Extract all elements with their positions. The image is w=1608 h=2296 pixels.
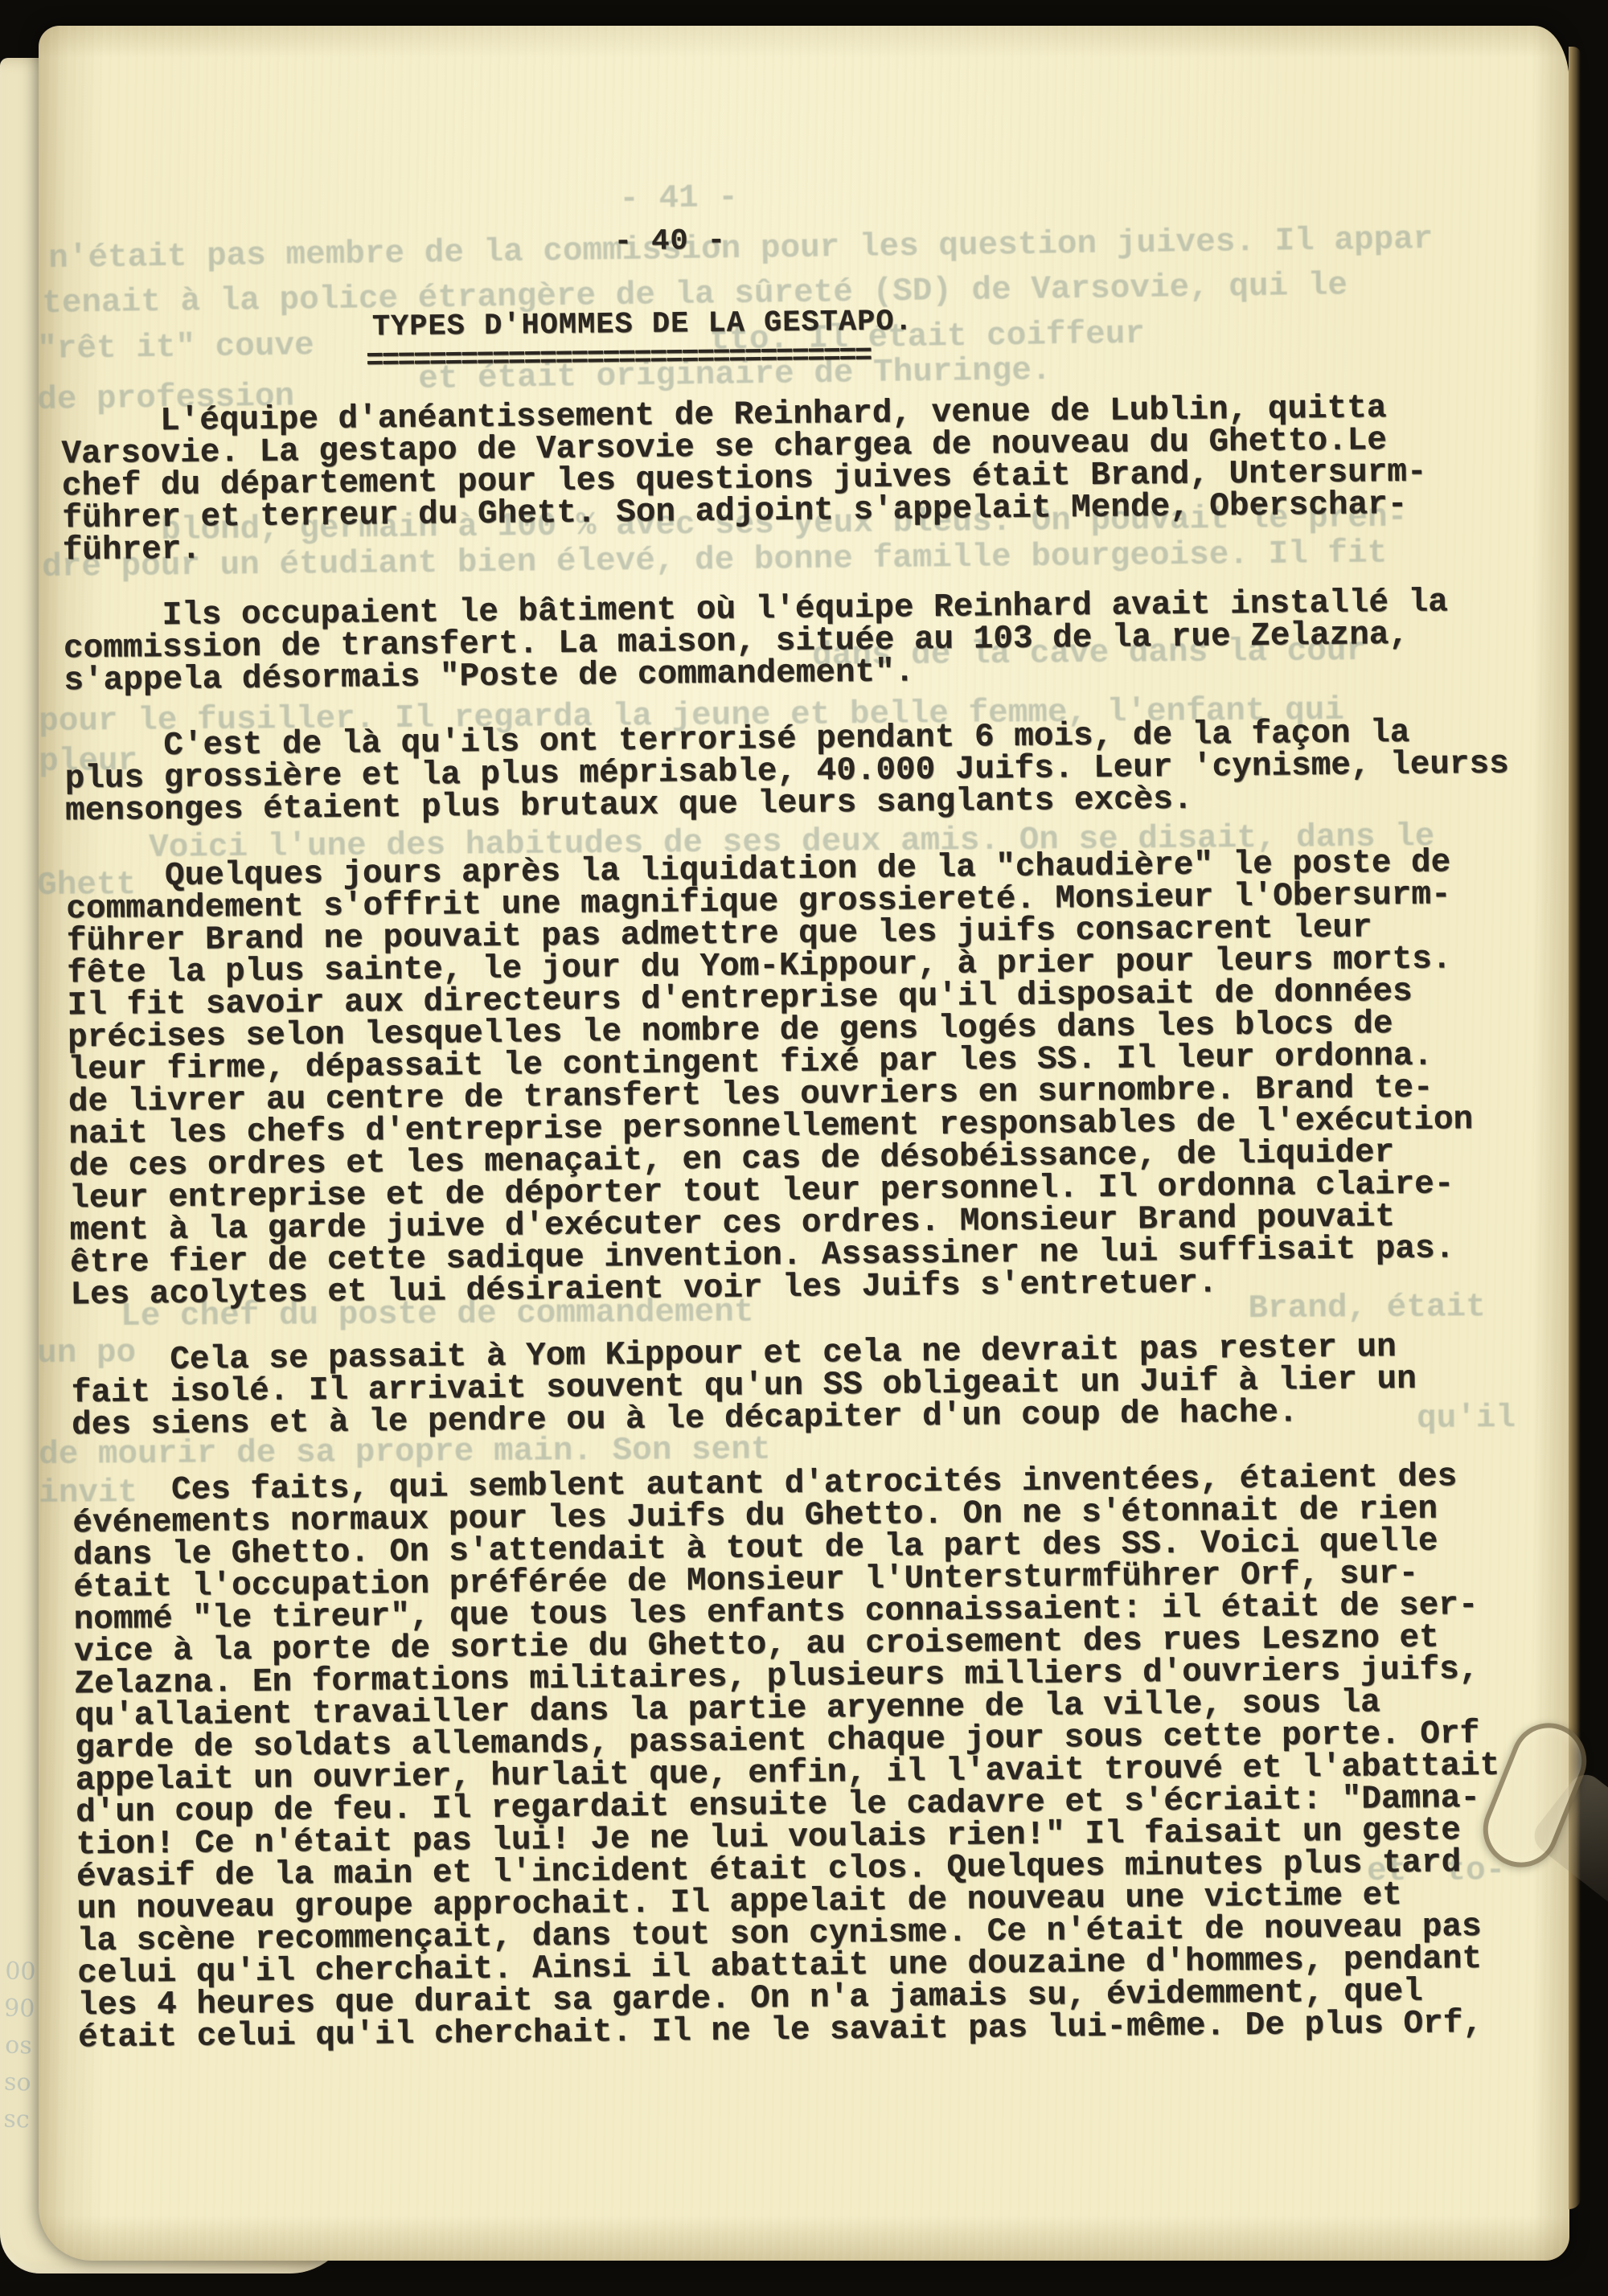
photo-backdrop: 00 90 os so sc - 41 -n'était pas membre …: [0, 0, 1608, 2296]
typed-content: - 40 - TYPES D'HOMMES DE LA GESTAPO. ===…: [57, 0, 1593, 2296]
paragraph: L'équipe d'anéantissement de Reinhard, v…: [61, 391, 1574, 568]
title-underline: ================================: [366, 340, 871, 378]
page-right-edge: [1569, 47, 1581, 2209]
page-number: - 40 -: [614, 225, 727, 258]
paragraph: C'est de là qu'ils ont terrorisé pendant…: [64, 715, 1577, 828]
paragraph: Ces faits, qui semblent autant d'atrocit…: [72, 1460, 1590, 2055]
paragraph: Cela se passait à Yom Kippour et cela ne…: [71, 1330, 1583, 1442]
section-title: TYPES D'HOMMES DE LA GESTAPO.: [372, 305, 913, 344]
typed-body: L'équipe d'anéantissement de Reinhard, v…: [61, 391, 1590, 2089]
paragraph: Ils occupaient le bâtiment où l'équipe R…: [63, 585, 1575, 698]
paragraph: Quelques jours après la liquidation de l…: [66, 846, 1582, 1312]
